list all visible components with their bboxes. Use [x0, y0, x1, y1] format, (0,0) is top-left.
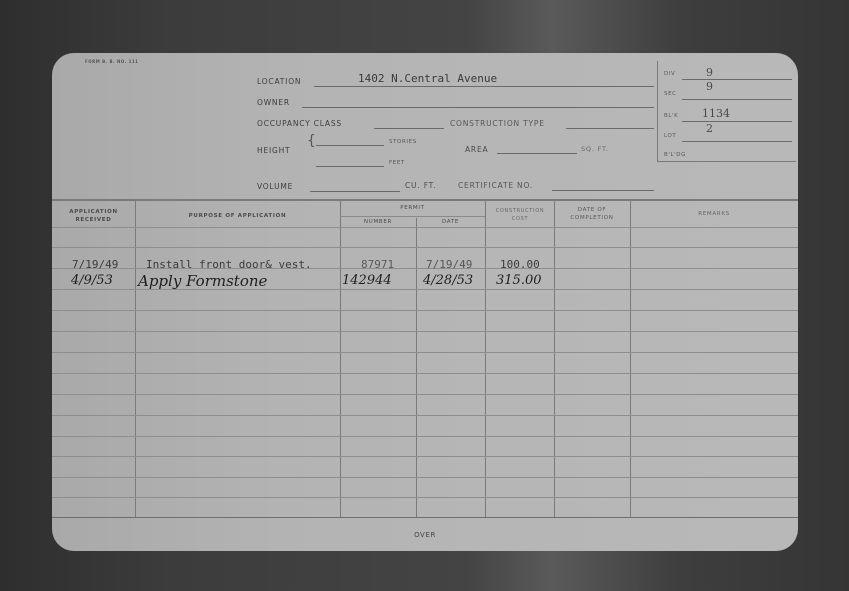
location-label: LOCATION [257, 77, 301, 86]
row2-cost: 315.00 [496, 273, 542, 288]
occupancy-class-line [374, 128, 444, 129]
stories-line [316, 145, 384, 146]
row-line [52, 247, 798, 248]
area-label: AREA [465, 145, 488, 154]
volume-label: VOLUME [257, 182, 293, 191]
sq-ft-label: SQ. FT. [581, 145, 609, 153]
header-permit: PERMIT [340, 204, 485, 212]
permit-subheader-line [340, 216, 485, 217]
table-top-border [52, 199, 798, 201]
blk-label: BL'K [664, 113, 678, 119]
div-value: 9 [706, 66, 713, 79]
row2-permit-number: 142944 [342, 273, 392, 288]
area-line [497, 153, 577, 154]
form-number: FORM B. B. NO. 111 [85, 59, 138, 64]
row-line [52, 331, 798, 332]
row-line [52, 352, 798, 353]
bldg-label: B'L'DG [664, 152, 686, 158]
row-line [52, 394, 798, 395]
sec-label: SEC [664, 91, 677, 97]
row-line [52, 373, 798, 374]
header-remarks: REMARKS [630, 210, 798, 218]
row1-cost: 100.00 [500, 258, 540, 271]
row-line [52, 415, 798, 416]
blk-line [682, 121, 792, 122]
header-construction-cost: CONSTRUCTION COST [492, 207, 548, 223]
lot-label: LOT [664, 133, 676, 139]
row-line [52, 436, 798, 437]
occupancy-class-label: OCCUPANCY CLASS [257, 119, 342, 128]
certificate-no-line [552, 190, 654, 191]
row-line [52, 497, 798, 498]
over-label: OVER [52, 531, 798, 539]
row2-received: 4/9/53 [71, 273, 113, 288]
header-permit-date: DATE [416, 218, 485, 226]
header-purpose: PURPOSE OF APPLICATION [135, 212, 340, 220]
cu-ft-label: CU. FT. [405, 181, 436, 190]
row-line [52, 477, 798, 478]
div-label: DIV [664, 71, 675, 77]
row-line [52, 310, 798, 311]
row2-permit-date: 4/28/53 [423, 273, 473, 288]
header-date-of-completion: DATE OF COMPLETION [561, 206, 623, 222]
col-divider-permit [416, 218, 417, 517]
sec-line [682, 99, 792, 100]
parcel-box: DIV 9 SEC 9 BL'K 1134 LOT 2 B'L'DG [657, 61, 796, 162]
header-application-received: APPLICATION RECEIVED [52, 208, 135, 224]
construction-type-label: CONSTRUCTION TYPE [450, 119, 545, 128]
owner-label: OWNER [257, 98, 290, 107]
row-line [52, 227, 798, 228]
row1-permit-date: 7/19/49 [426, 258, 472, 271]
row1-received: 7/19/49 [72, 258, 118, 271]
lot-line [682, 141, 792, 142]
permit-record-card: FORM B. B. NO. 111 LOCATION 1402 N.Centr… [52, 53, 798, 551]
div-line [682, 79, 792, 80]
row-line [52, 456, 798, 457]
lot-value: 2 [706, 122, 713, 135]
height-label: HEIGHT [257, 146, 290, 155]
construction-type-line [566, 128, 654, 129]
row2-purpose: Apply Formstone [138, 272, 267, 290]
feet-label: FEET [389, 160, 405, 166]
feet-line [316, 166, 384, 167]
owner-line [302, 107, 654, 108]
stories-label: STORIES [389, 139, 417, 145]
height-bracket: { [307, 133, 317, 149]
location-line [314, 86, 654, 87]
row1-permit-number: 87971 [361, 258, 394, 271]
blk-value: 1134 [702, 107, 730, 120]
sec-value: 9 [706, 80, 713, 93]
row1-purpose: Install front door& vest. [146, 258, 312, 271]
certificate-no-label: CERTIFICATE NO. [458, 181, 533, 190]
location-value: 1402 N.Central Avenue [358, 72, 497, 85]
table-bottom-border [52, 517, 798, 518]
header-permit-number: NUMBER [340, 218, 416, 226]
volume-line [310, 191, 400, 192]
